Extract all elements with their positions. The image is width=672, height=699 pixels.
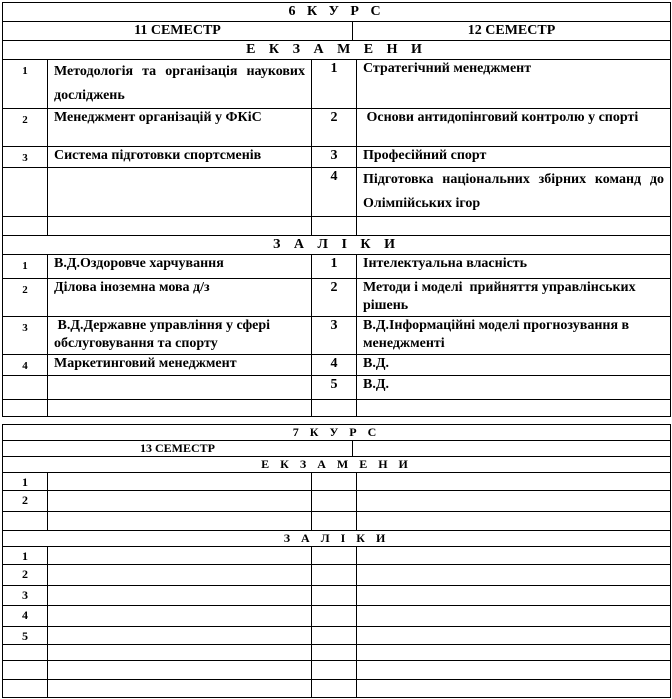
row-number: 3 [3,147,48,168]
row-number: 4 [312,168,357,217]
table-row: 1 В.Д.Оздоровче харчування 1 Інтелектуал… [3,255,671,279]
subject-cell [357,627,671,645]
subject-cell [48,661,312,680]
subject-cell [357,645,671,661]
subject-cell [357,217,671,236]
subject-cell [48,565,312,586]
table-row: 1 [3,473,671,491]
table-row: 4 Підготовка національних збірних команд… [3,168,671,217]
row-number [312,491,357,512]
subject-cell: В.Д.Інформаційні моделі прогнозування в … [357,317,671,355]
semester-empty-header [353,441,671,457]
row-number: 2 [3,109,48,147]
row-number: 4 [3,355,48,376]
subject-cell [48,168,312,217]
row-number: 2 [312,279,357,317]
table-row: 2 [3,565,671,586]
table-row [3,661,671,680]
table-row: 2 Менеджмент організацій у ФКіС 2 Основи… [3,109,671,147]
subject-cell [357,491,671,512]
subject-text: Методологія та організація наукових досл… [54,64,305,103]
subject-cell [48,547,312,565]
row-number: 3 [3,586,48,606]
row-number: 2 [3,491,48,512]
table-row: 3 Система підготовки спортсменів 3 Профе… [3,147,671,168]
course-title: 6 К У Р С [3,3,671,22]
row-number: 1 [3,473,48,491]
table-row [3,680,671,698]
row-number: 3 [3,317,48,355]
table-row: 3 [3,586,671,606]
row-number [312,512,357,531]
credits-section-header: З А Л І К И [3,531,671,547]
subject-cell [48,627,312,645]
subject-cell: Менеджмент організацій у ФКіС [48,109,312,147]
subject-cell [357,661,671,680]
row-number: 4 [312,355,357,376]
subject-cell: В.Д.Оздоровче харчування [48,255,312,279]
course-title: 7 К У Р С [3,425,671,441]
row-number [3,217,48,236]
row-number [312,627,357,645]
subject-cell: В.Д. [357,355,671,376]
subject-cell [48,606,312,627]
subject-cell [48,512,312,531]
row-number: 1 [312,255,357,279]
row-number [3,168,48,217]
subject-cell [357,680,671,698]
table-row: 2 Ділова іноземна мова д/з 2 Методи і мо… [3,279,671,317]
row-number [312,661,357,680]
table-row: 4 Маркетинговий менеджмент 4 В.Д. [3,355,671,376]
subject-cell [357,400,671,417]
subject-cell [48,400,312,417]
row-number [312,473,357,491]
row-number [312,645,357,661]
table-row: 5 [3,627,671,645]
subject-cell [48,645,312,661]
subject-cell [357,606,671,627]
row-number [312,586,357,606]
subject-cell: Професійний спорт [357,147,671,168]
subject-cell: Стратегічний менеджмент [357,60,671,109]
row-number [312,217,357,236]
row-number [3,376,48,400]
exams-section-header: Е К З А М Е Н И [3,457,671,473]
subject-cell: Методи і моделі прийняття управлінських … [357,279,671,317]
row-number: 3 [312,317,357,355]
subject-cell [357,565,671,586]
credits-section-header: З А Л І К И [3,236,671,255]
row-number: 2 [312,109,357,147]
table-row [3,400,671,417]
subject-cell [48,586,312,606]
row-number: 5 [3,627,48,645]
row-number: 3 [312,147,357,168]
table-row: 1 Методологія та організація наукових до… [3,60,671,109]
row-number [3,645,48,661]
subject-cell: Ділова іноземна мова д/з [48,279,312,317]
row-number [3,400,48,417]
table-row: 2 [3,491,671,512]
table-row: 5 В.Д. [3,376,671,400]
row-number: 1 [312,60,357,109]
row-number [3,661,48,680]
table-row: 1 [3,547,671,565]
subject-cell: В.Д.Державне управління у сфері обслугов… [48,317,312,355]
row-number [312,680,357,698]
table-row: 4 [3,606,671,627]
subject-cell: Методологія та організація наукових досл… [48,60,312,109]
row-number [312,400,357,417]
subject-cell: Система підготовки спортсменів [48,147,312,168]
row-number [312,565,357,586]
row-number: 2 [3,565,48,586]
course-7-table: 7 К У Р С 13 СЕМЕСТР Е К З А М Е Н И 12 … [2,424,671,698]
row-number [3,680,48,698]
subject-cell [48,680,312,698]
exams-section-header: Е К З А М Е Н И [3,41,671,60]
row-number: 1 [3,60,48,109]
row-number: 1 [3,547,48,565]
subject-cell [357,473,671,491]
row-number: 1 [3,255,48,279]
subject-cell [357,547,671,565]
subject-cell: Підготовка національних збірних команд д… [357,168,671,217]
table-row [3,217,671,236]
row-number [312,547,357,565]
row-number [3,512,48,531]
table-row [3,512,671,531]
semester-11-header: 11 СЕМЕСТР [3,22,353,41]
semester-13-header: 13 СЕМЕСТР [3,441,353,457]
row-number: 4 [3,606,48,627]
table-row [3,645,671,661]
course-6-table: 6 К У Р С 11 СЕМЕСТР 12 СЕМЕСТР Е К З А … [2,2,671,417]
row-number: 5 [312,376,357,400]
subject-cell [48,473,312,491]
subject-cell [48,491,312,512]
row-number: 2 [3,279,48,317]
table-row: 3 В.Д.Державне управління у сфері обслуг… [3,317,671,355]
subject-cell: Інтелектуальна власність [357,255,671,279]
subject-cell: Маркетинговий менеджмент [48,355,312,376]
subject-cell: Основи антидопінговий контролю у спорті [357,109,671,147]
semester-12-header: 12 СЕМЕСТР [353,22,671,41]
row-number [312,606,357,627]
subject-cell: В.Д. [357,376,671,400]
subject-cell [48,376,312,400]
subject-cell [357,512,671,531]
subject-cell [48,217,312,236]
subject-cell [357,586,671,606]
